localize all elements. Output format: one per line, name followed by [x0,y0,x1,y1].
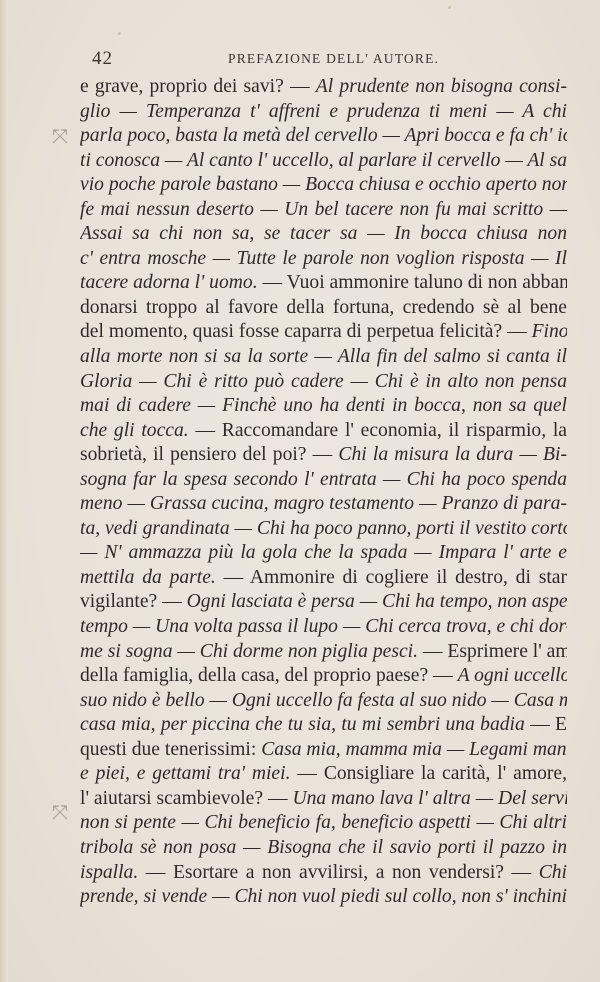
text-line: sogna far la spesa secondo l' entrata — … [80,468,567,493]
text-line: glio — Temperanza t' affreni e prudenza … [80,100,567,125]
prose-text: sobrietà, il pensiero del poi? — [80,444,338,465]
margin-cross-mark-top-icon: ⤧ [52,124,68,148]
page-number: 42 [92,48,113,70]
text-line: tempo — Una volta passa il lupo — Chi ce… [80,615,567,640]
proverb-italic-text: e piei, e gettami tra' miei. [80,763,290,784]
proverb-italic-text: Fino [532,321,567,342]
prose-text: — Ammonire di cogliere il destro, di sta… [216,567,567,588]
proverb-italic-text: tempo — Una volta passa il lupo — Chi ce… [80,616,567,637]
text-line: c' entra mosche — Tutte le parole non vo… [80,247,567,272]
page-binding-edge [0,0,8,982]
text-line: fe mai nessun deserto — Un bel tacere no… [80,198,567,223]
body-text: e grave, proprio dei savi? — Al prudente… [80,75,567,910]
proverb-italic-text: mettila da parte. [80,567,216,588]
text-line: non si pente — Chi beneficio fa, benefic… [80,811,567,836]
text-line: parla poco, basta la metà del cervello —… [80,124,567,149]
text-line: mai di cadere — Finchè uno ha denti in b… [80,394,567,419]
proverb-italic-text: tacere adorna l' uomo. [80,272,258,293]
proverb-italic-text: ti conosca — Al canto l' uccello, al par… [80,150,567,171]
prose-text: — Raccomandare l' economia, il risparmio… [189,420,567,441]
proverb-italic-text: fe mai nessun deserto — Un bel tacere no… [80,199,567,220]
prose-text: donarsi troppo al favore della fortuna, … [80,297,567,318]
text-line: Gloria — Chi è ritto può cadere — Chi è … [80,370,567,395]
page-header: 42 PREFAZIONE DELL' AUTORE. [92,46,568,70]
text-line: tribola sè non posa — Bisogna che il sav… [80,836,567,861]
proverb-italic-text: ispalla. [80,862,138,883]
proverb-italic-text: casa mia, per piccina che tu sia, tu mi … [80,714,525,735]
paper-spot [448,6,451,9]
text-line: e grave, proprio dei savi? — Al prudente… [80,75,567,100]
text-line: prende, si vende — Chi non vuol piedi su… [80,885,567,910]
prose-text: e grave, proprio dei savi? — [80,76,316,97]
text-line: vio poche parole bastano — Bocca chiusa … [80,173,567,198]
proverb-italic-text: tribola sè non posa — Bisogna che il sav… [80,837,567,858]
prose-text: questi due tenerissimi: [80,739,261,760]
prose-text: del momento, quasi fosse caparra di perp… [80,321,532,342]
proverb-italic-text: vio poche parole bastano — Bocca chiusa … [80,174,567,195]
proverb-italic-text: Al prudente non bisogna consi- [316,76,567,97]
text-line: ti conosca — Al canto l' uccello, al par… [80,149,567,174]
proverb-italic-text: Gloria — Chi è ritto può cadere — Chi è … [80,371,567,392]
text-line: tacere adorna l' uomo. — Vuoi ammonire t… [80,271,567,296]
prose-text: — Esortare a non avvilirsi, a non vender… [138,862,538,883]
proverb-italic-text: ta, vedi grandinata — Chi ha poco panno,… [80,518,567,539]
running-head: PREFAZIONE DELL' AUTORE. [228,51,439,67]
text-line: della famiglia, della casa, del proprio … [80,664,567,689]
proverb-italic-text: Casa mia, mamma mia — Legami mani [261,739,567,760]
proverb-italic-text: Chi la misura la dura — Bi- [338,444,567,465]
prose-text: — E [525,714,567,735]
prose-text: — Esprimere l' amore [418,641,567,662]
prose-text: — Vuoi ammonire taluno di non abban- [258,272,567,293]
text-line: vigilante? — Ogni lasciata è persa — Chi… [80,590,567,615]
proverb-italic-text: mai di cadere — Finchè uno ha denti in b… [80,395,567,416]
margin-cross-mark-bottom-icon: ⤧ [52,800,68,824]
proverb-italic-text: Ogni lasciata è persa — Chi ha tempo, no… [187,591,567,612]
book-page: 42 PREFAZIONE DELL' AUTORE. ⤧ ⤧ e grave,… [0,0,600,982]
proverb-italic-text: me si sogna — Chi dorme non piglia pesci… [80,641,418,662]
text-line: e piei, e gettami tra' miei. — Consiglia… [80,762,567,787]
proverb-italic-text: c' entra mosche — Tutte le parole non vo… [80,248,567,269]
text-line: l' aiutarsi scambievole? — Una mano lava… [80,787,567,812]
prose-text: della famiglia, della casa, del proprio … [80,665,458,686]
proverb-italic-text: parla poco, basta la metà del cervello —… [80,125,567,146]
text-line: meno — Grassa cucina, magro testamento —… [80,492,567,517]
text-line: donarsi troppo al favore della fortuna, … [80,296,567,321]
proverb-italic-text: — N' ammazza più la gola che la spada — … [80,542,567,563]
proverb-italic-text: Chi [539,862,567,883]
text-line: del momento, quasi fosse caparra di perp… [80,320,567,345]
prose-text: l' aiutarsi scambievole? — [80,788,292,809]
prose-text: vigilante? — [80,591,187,612]
text-line: — N' ammazza più la gola che la spada — … [80,541,567,566]
proverb-italic-text: meno — Grassa cucina, magro testamento —… [80,493,567,514]
proverb-italic-text: Assai sa chi non sa, se tacer sa — In bo… [80,223,567,244]
proverb-italic-text: suo nido è bello — Ogni uccello fa festa… [80,690,567,711]
text-line: casa mia, per piccina che tu sia, tu mi … [80,713,567,738]
proverb-italic-text: che gli tocca. [80,420,189,441]
proverb-italic-text: prende, si vende — Chi non vuol piedi su… [80,886,567,907]
text-line: alla morte non si sa la sorte — Alla fin… [80,345,567,370]
proverb-italic-text: non si pente — Chi beneficio fa, benefic… [80,812,567,833]
proverb-italic-text: glio — Temperanza t' affreni e prudenza … [80,101,567,122]
text-line: sobrietà, il pensiero del poi? — Chi la … [80,443,567,468]
prose-text: — Consigliare la carità, l' amore, [290,763,567,784]
text-line: me si sogna — Chi dorme non piglia pesci… [80,640,567,665]
text-line: questi due tenerissimi: Casa mia, mamma … [80,738,567,763]
paper-spot [118,32,121,35]
text-line: Assai sa chi non sa, se tacer sa — In bo… [80,222,567,247]
text-line: che gli tocca. — Raccomandare l' economi… [80,419,567,444]
text-line: ispalla. — Esortare a non avvilirsi, a n… [80,861,567,886]
proverb-italic-text: alla morte non si sa la sorte — Alla fin… [80,346,567,367]
proverb-italic-text: sogna far la spesa secondo l' entrata — … [80,469,567,490]
text-line: mettila da parte. — Ammonire di cogliere… [80,566,567,591]
text-line: ta, vedi grandinata — Chi ha poco panno,… [80,517,567,542]
proverb-italic-text: Una mano lava l' altra — Del servir [292,788,567,809]
proverb-italic-text: A ogni uccello [458,665,567,686]
text-line: suo nido è bello — Ogni uccello fa festa… [80,689,567,714]
